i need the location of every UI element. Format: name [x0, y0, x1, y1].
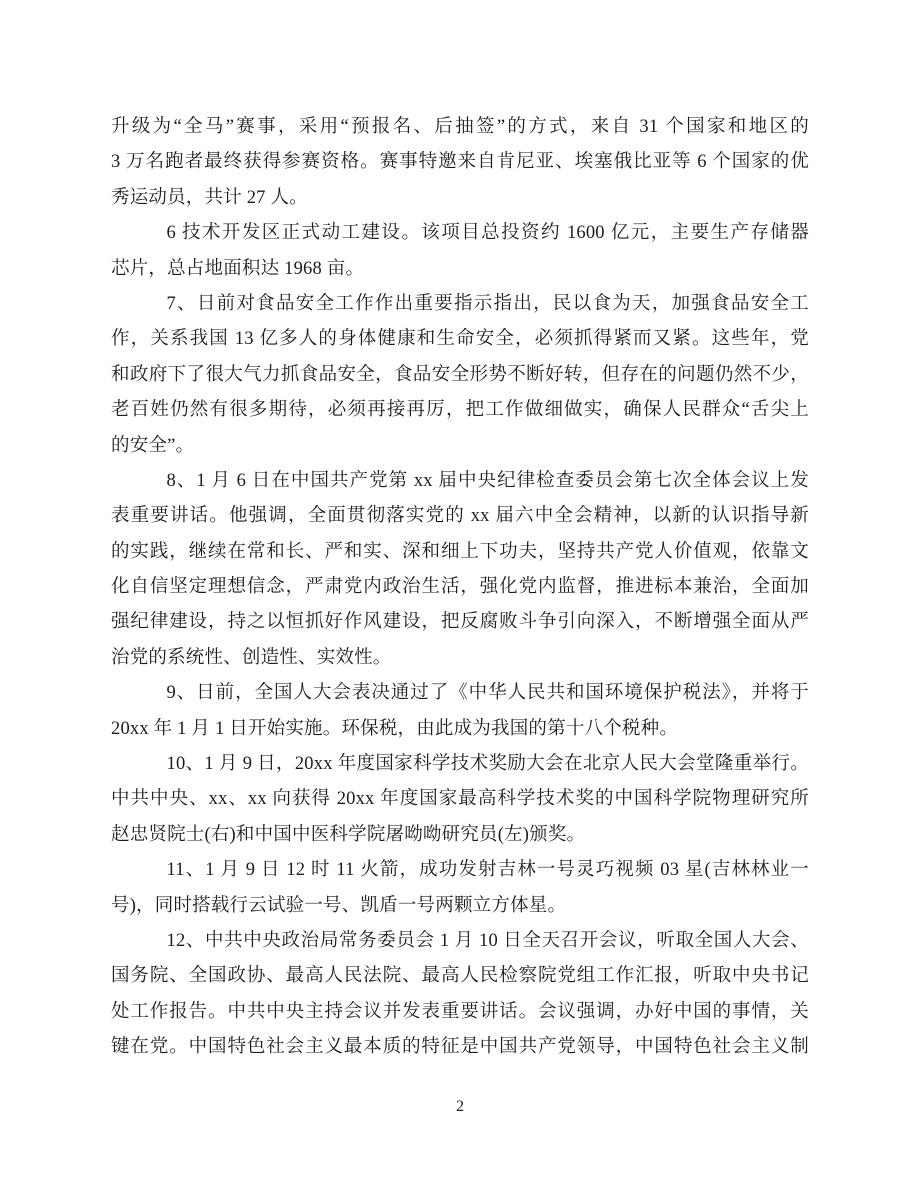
- text-line: 12、中共中央政治局常务委员会 1 月 10 日全天召开会议，听取全国人大会、: [111, 924, 809, 959]
- text-line: 20xx 年 1 月 1 日开始实施。环保税，由此成为我国的第十八个税种。: [111, 712, 809, 747]
- text-line: 国务院、全国政协、最高人民法院、最高人民检察院党组工作汇报，听取中央书记: [111, 959, 809, 994]
- text-line: 和政府下了很大气力抓食品安全，食品安全形势不断好转，但存在的问题仍然不少，: [111, 358, 809, 393]
- text-line: 秀运动员，共计 27 人。: [111, 181, 809, 216]
- text-line: 作，关系我国 13 亿多人的身体健康和生命安全，必须抓得紧而又紧。这些年，党: [111, 322, 809, 357]
- text-line: 的实践，继续在常和长、严和实、深和细上下功夫，坚持共产党人价值观，依靠文: [111, 535, 809, 570]
- text-line: 处工作报告。中共中央主持会议并发表重要讲话。会议强调，办好中国的事情，关: [111, 995, 809, 1030]
- text-line: 赵忠贤院士(右)和中国中医科学院屠呦呦研究员(左)颁奖。: [111, 818, 809, 853]
- text-line: 化自信坚定理想信念，严肃党内政治生活，强化党内监督，推进标本兼治，全面加: [111, 570, 809, 605]
- text-line: 7、日前对食品安全工作作出重要指示指出，民以食为天，加强食品安全工: [111, 287, 809, 322]
- text-line: 10、1 月 9 日，20xx 年度国家科学技术奖励大会在北京人民大会堂隆重举行…: [111, 747, 809, 782]
- text-line: 3 万名跑者最终获得参赛资格。赛事特邀来自肯尼亚、埃塞俄比亚等 6 个国家的优: [111, 145, 809, 180]
- text-line: 6 技术开发区正式动工建设。该项目总投资约 1600 亿元，主要生产存储器: [111, 216, 809, 251]
- document-page: 升级为“全马”赛事，采用“预报名、后抽签”的方式，来自 31 个国家和地区的3 …: [0, 0, 920, 1192]
- text-line: 强纪律建设，持之以恒抓好作风建设，把反腐败斗争引向深入，不断增强全面从严: [111, 605, 809, 640]
- text-line: 键在党。中国特色社会主义最本质的特征是中国共产党领导，中国特色社会主义制: [111, 1030, 809, 1065]
- document-body: 升级为“全马”赛事，采用“预报名、后抽签”的方式，来自 31 个国家和地区的3 …: [111, 110, 809, 1066]
- text-line: 11、1 月 9 日 12 时 11 火箭，成功发射吉林一号灵巧视频 03 星(…: [111, 853, 809, 888]
- text-line: 芯片，总占地面积达 1968 亩。: [111, 252, 809, 287]
- text-line: 升级为“全马”赛事，采用“预报名、后抽签”的方式，来自 31 个国家和地区的: [111, 110, 809, 145]
- text-line: 表重要讲话。他强调，全面贯彻落实党的 xx 届六中全会精神，以新的认识指导新: [111, 499, 809, 534]
- text-line: 中共中央、xx、xx 向获得 20xx 年度国家最高科学技术奖的中国科学院物理研…: [111, 782, 809, 817]
- text-line: 9、日前，全国人大会表决通过了《中华人民共和国环境保护税法》，并将于: [111, 676, 809, 711]
- text-line: 治党的系统性、创造性、实效性。: [111, 641, 809, 676]
- text-line: 的安全”。: [111, 429, 809, 464]
- text-line: 号)，同时搭载行云试验一号、凯盾一号两颗立方体星。: [111, 889, 809, 924]
- page-number: 2: [0, 1098, 920, 1116]
- text-line: 老百姓仍然有很多期待，必须再接再厉，把工作做细做实，确保人民群众“舌尖上: [111, 393, 809, 428]
- text-line: 8、1 月 6 日在中国共产党第 xx 届中央纪律检查委员会第七次全体会议上发: [111, 464, 809, 499]
